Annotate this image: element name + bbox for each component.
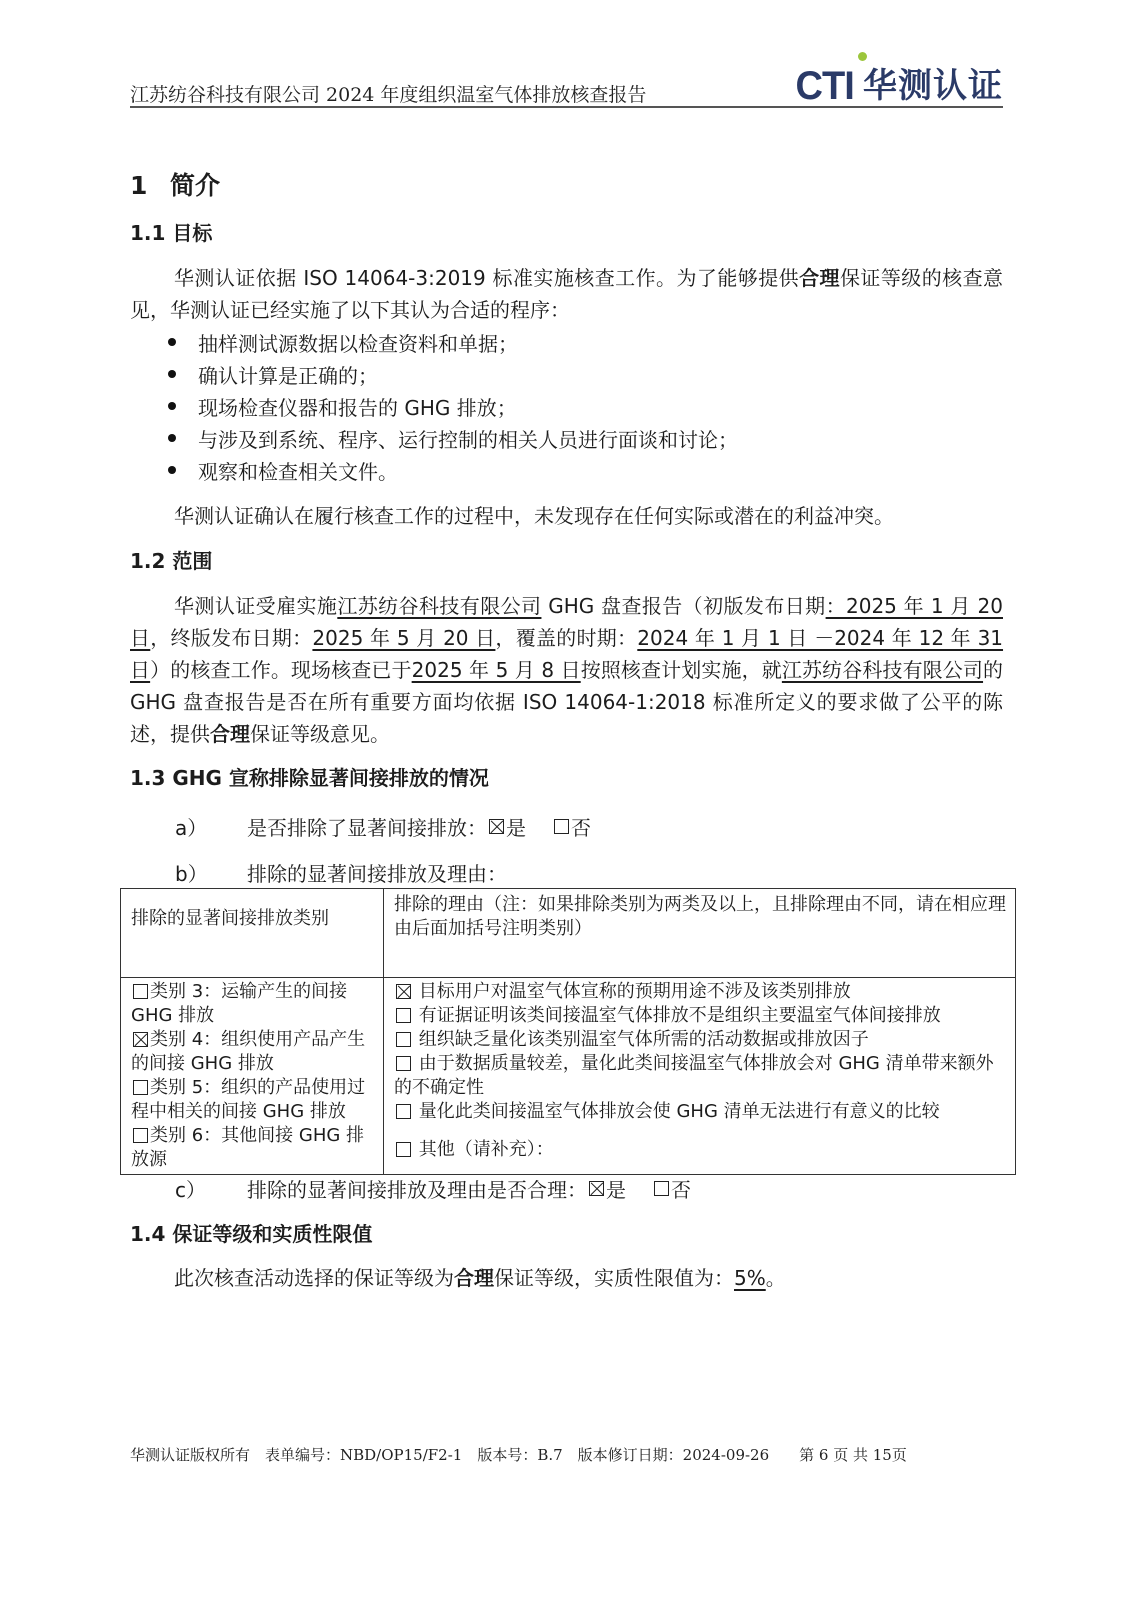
category-text: 类别 4：组织使用产品产生的间接 GHG 排放: [131, 1029, 365, 1074]
checkbox-unchecked-icon[interactable]: [133, 1128, 148, 1143]
question-text: 排除的显著间接排放及理由：: [247, 858, 507, 887]
checkbox-checked-icon[interactable]: [489, 819, 504, 834]
no-label: 否: [671, 1174, 691, 1203]
list-item: 确认计算是正确的；: [160, 358, 1000, 390]
bullet-icon: [168, 434, 176, 442]
list-item-text: 与涉及到系统、程序、运行控制的相关人员进行面谈和讨论；: [198, 424, 738, 453]
list-item-text: 观察和检查相关文件。: [198, 456, 398, 485]
checkbox-unchecked-icon[interactable]: [396, 1032, 411, 1047]
checkbox-unchecked-icon[interactable]: [554, 819, 569, 834]
text: 。: [766, 1266, 786, 1290]
text: 华测认证受雇实施: [174, 594, 337, 618]
list-item: 观察和检查相关文件。: [160, 454, 1000, 486]
list-item-text: 抽样测试源数据以检查资料和单据；: [198, 328, 518, 357]
bullet-icon: [168, 402, 176, 410]
text: ，覆盖的时期：: [495, 626, 637, 650]
bold-text: 合理: [454, 1266, 494, 1290]
reason-cell: 目标用户对温室气体宣称的预期用途不涉及该类别排放 有证据证明该类间接温室气体排放…: [384, 978, 1016, 1175]
section-heading-1: 1简介: [130, 166, 1003, 202]
checkbox-unchecked-icon[interactable]: [654, 1181, 669, 1196]
company-name: 江苏纺谷科技有限公司: [337, 594, 541, 618]
col-header-reason: 排除的理由（注：如果排除类别为两类及以上，且排除理由不同，请在相应理由后面加括号…: [384, 889, 1016, 978]
reason-item-other: 其他（请补充）：: [394, 1138, 1007, 1162]
reason-item: 有证据证明该类间接温室气体排放不是组织主要温室气体间接排放: [394, 1004, 1007, 1028]
onsite-date: 2025 年 5 月 8 日: [412, 658, 581, 682]
category-cell: 类别 3：运输产生的间接 GHG 排放 类别 4：组织使用产品产生的间接 GHG…: [121, 978, 384, 1175]
text: GHG 盘查报告（初版发布日期: [541, 594, 825, 618]
category-item: 类别 6：其他间接 GHG 排放源: [131, 1124, 375, 1172]
list-item-text: 现场检查仪器和报告的 GHG 排放；: [198, 392, 517, 421]
paragraph-objective: 华测认证依据 ISO 14064-3:2019 标准实施核查工作。为了能够提供合…: [130, 262, 1003, 326]
heading-1-1: 1.1 目标: [130, 217, 1003, 246]
reason-text: 量化此类间接温室气体排放会使 GHG 清单无法进行有意义的比较: [419, 1101, 940, 1122]
report-title: 江苏纺谷科技有限公司 2024 年度组织温室气体排放核查报告: [130, 80, 646, 107]
company-name: 江苏纺谷科技有限公司: [782, 658, 983, 682]
table-row: 类别 3：运输产生的间接 GHG 排放 类别 4：组织使用产品产生的间接 GHG…: [121, 978, 1016, 1175]
question-a: a） 是否排除了显著间接排放： 是 否: [175, 812, 591, 841]
checkbox-unchecked-icon[interactable]: [133, 1080, 148, 1095]
paragraph-scope: 华测认证受雇实施江苏纺谷科技有限公司 GHG 盘查报告（初版发布日期：2025 …: [130, 590, 1003, 750]
paragraph-conflict: 华测认证确认在履行核查工作的过程中，未发现存在任何实际或潜在的利益冲突。: [130, 500, 1003, 532]
page-footer: 华测认证版权所有 表单编号：NBD/OP15/F2-1 版本号：B.7 版本修订…: [130, 1444, 907, 1465]
reason-text: 有证据证明该类间接温室气体排放不是组织主要温室气体间接排放: [419, 1005, 941, 1026]
reason-text: 组织缺乏量化该类别温室气体所需的活动数据或排放因子: [419, 1029, 869, 1050]
question-c: c） 排除的显著间接排放及理由是否合理： 是 否: [175, 1174, 691, 1203]
text: 华测认证依据 ISO 14064-3:2019 标准实施核查工作。为了能够提供: [174, 266, 799, 290]
category-text: 类别 6：其他间接 GHG 排放源: [131, 1125, 364, 1170]
list-item: 抽样测试源数据以检查资料和单据；: [160, 326, 1000, 358]
reason-item: 由于数据质量较差，量化此类间接温室气体排放会对 GHG 清单带来额外的不确定性: [394, 1052, 1007, 1100]
heading-1-2: 1.2 范围: [130, 545, 1003, 574]
col-header-category: 排除的显著间接排放类别: [121, 889, 384, 978]
reason-text: 其他（请补充）：: [419, 1139, 554, 1160]
checkbox-checked-icon[interactable]: [589, 1181, 604, 1196]
checkbox-unchecked-icon[interactable]: [133, 984, 148, 999]
logo-dot-icon: [858, 52, 867, 61]
exclusion-table: 排除的显著间接排放类别 排除的理由（注：如果排除类别为两类及以上，且排除理由不同…: [120, 888, 1016, 1175]
question-b: b） 排除的显著间接排放及理由：: [175, 858, 507, 887]
item-label: a）: [175, 812, 247, 841]
yes-label: 是: [506, 812, 526, 841]
checkbox-checked-icon[interactable]: [133, 1032, 148, 1047]
text: ，终版发布日期：: [150, 626, 312, 650]
list-item-text: 确认计算是正确的；: [198, 360, 378, 389]
reason-item: 量化此类间接温室气体排放会使 GHG 清单无法进行有意义的比较: [394, 1100, 1007, 1124]
checkbox-checked-icon[interactable]: [396, 984, 411, 999]
logo-cn-text: 华测认证: [863, 66, 1003, 106]
text: ）的核查工作。现场核查已于: [150, 658, 412, 682]
heading-1-3: 1.3 GHG 宣称排除显著间接排放的情况: [130, 762, 1003, 791]
item-label: b）: [175, 858, 247, 887]
category-item: 类别 4：组织使用产品产生的间接 GHG 排放: [131, 1028, 375, 1076]
materiality-value: 5%: [734, 1266, 766, 1290]
bullet-icon: [168, 370, 176, 378]
category-item: 类别 3：运输产生的间接 GHG 排放: [131, 980, 375, 1028]
list-item: 与涉及到系统、程序、运行控制的相关人员进行面谈和讨论；: [160, 422, 1000, 454]
heading-1-4: 1.4 保证等级和实质性限值: [130, 1218, 1003, 1247]
question-text: 排除的显著间接排放及理由是否合理：: [247, 1174, 587, 1203]
checkbox-unchecked-icon[interactable]: [396, 1056, 411, 1071]
section-number: 1: [130, 171, 170, 200]
header-divider: [130, 106, 1003, 108]
final-release-date: 2025 年 5 月 20 日: [312, 626, 495, 650]
bold-text: 合理: [799, 266, 840, 290]
checkbox-unchecked-icon[interactable]: [396, 1142, 411, 1157]
checkbox-unchecked-icon[interactable]: [396, 1008, 411, 1023]
reason-text: 由于数据质量较差，量化此类间接温室气体排放会对 GHG 清单带来额外的不确定性: [394, 1053, 994, 1098]
reason-item: 目标用户对温室气体宣称的预期用途不涉及该类别排放: [394, 980, 1007, 1004]
category-text: 类别 5：组织的产品使用过程中相关的间接 GHG 排放: [131, 1077, 365, 1122]
category-item: 类别 5：组织的产品使用过程中相关的间接 GHG 排放: [131, 1076, 375, 1124]
checkbox-unchecked-icon[interactable]: [396, 1104, 411, 1119]
yes-label: 是: [606, 1174, 626, 1203]
reason-item: 组织缺乏量化该类别温室气体所需的活动数据或排放因子: [394, 1028, 1007, 1052]
bold-text: 合理: [210, 722, 250, 746]
question-text: 是否排除了显著间接排放：: [247, 812, 487, 841]
category-text: 类别 3：运输产生的间接 GHG 排放: [131, 981, 347, 1026]
text: 保证等级意见。: [250, 722, 390, 746]
bullet-icon: [168, 466, 176, 474]
page-header: 江苏纺谷科技有限公司 2024 年度组织温室气体排放核查报告 CTI 华测认证: [130, 64, 1003, 112]
item-label: c）: [175, 1174, 247, 1203]
text: 保证等级，实质性限值为：: [494, 1266, 734, 1290]
table-header-row: 排除的显著间接排放类别 排除的理由（注：如果排除类别为两类及以上，且排除理由不同…: [121, 889, 1016, 978]
cti-logo: CTI 华测认证: [794, 58, 1003, 106]
reason-text: 目标用户对温室气体宣称的预期用途不涉及该类别排放: [419, 981, 851, 1002]
section-title: 简介: [170, 171, 220, 200]
no-label: 否: [571, 812, 591, 841]
bullet-icon: [168, 338, 176, 346]
list-item: 现场检查仪器和报告的 GHG 排放；: [160, 390, 1000, 422]
paragraph-assurance: 此次核查活动选择的保证等级为合理保证等级，实质性限值为：5%。: [130, 1262, 1003, 1294]
text: 此次核查活动选择的保证等级为: [174, 1266, 454, 1290]
procedure-list: 抽样测试源数据以检查资料和单据； 确认计算是正确的； 现场检查仪器和报告的 GH…: [160, 326, 1000, 486]
text: 按照核查计划实施，就: [581, 658, 782, 682]
document-page: 江苏纺谷科技有限公司 2024 年度组织温室气体排放核查报告 CTI 华测认证 …: [0, 0, 1131, 1600]
logo-cti-text: CTI: [795, 66, 853, 106]
